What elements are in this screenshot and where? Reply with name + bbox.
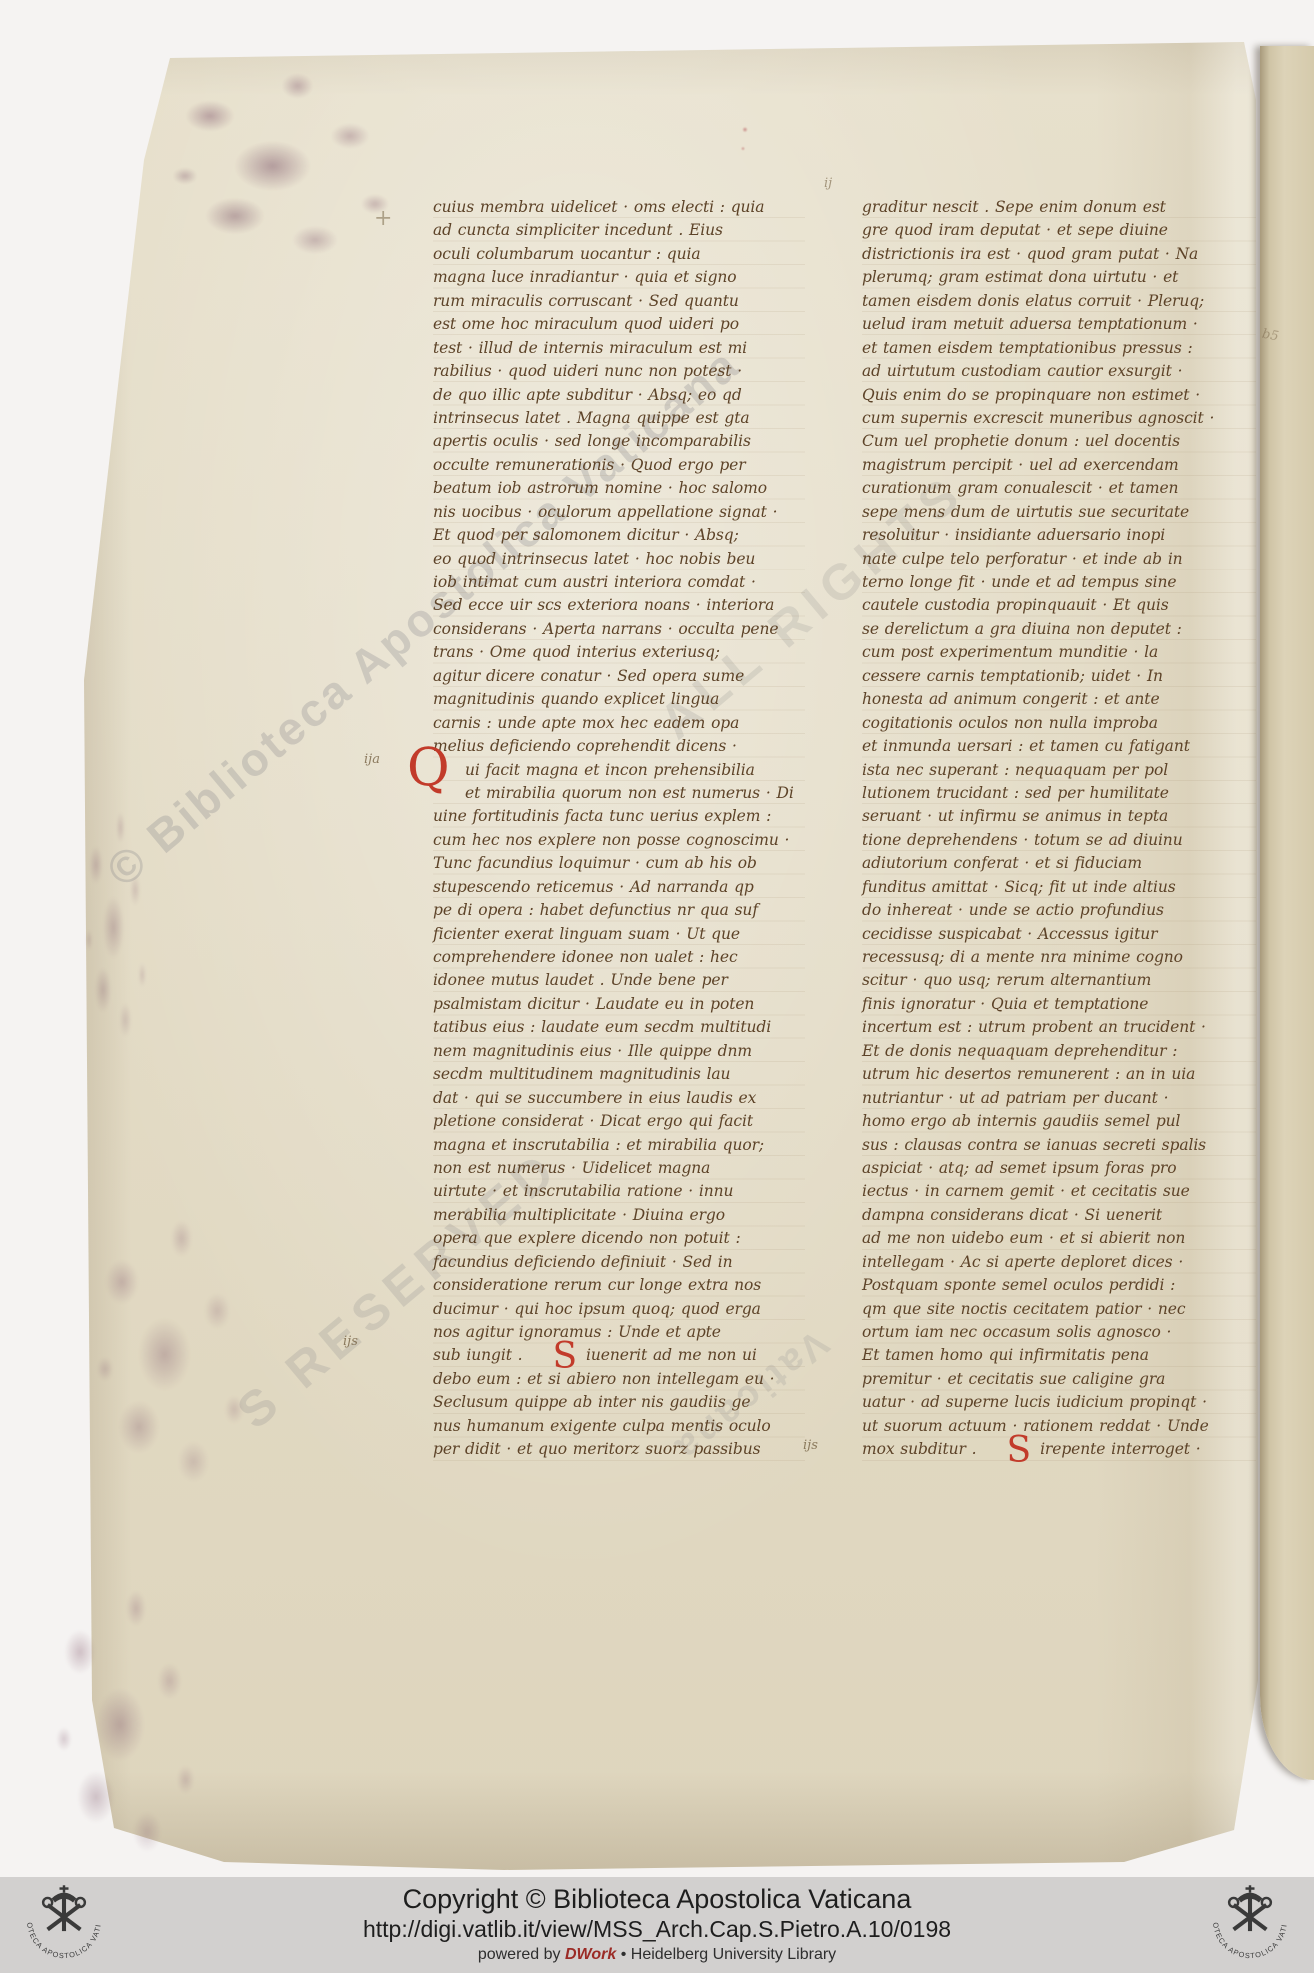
manuscript-line: tatibus eius : laudate eum secdm multitu…	[433, 1016, 805, 1039]
text-column-right: graditur nescit . Sepe enim donum estgre…	[862, 196, 1256, 1462]
manuscript-line: mox subditur .Sirepente interroget ·	[862, 1438, 1256, 1461]
manuscript-line: uirtute · et inscrutabilia ratione · inn…	[433, 1180, 805, 1203]
manuscript-line: idonee mutus laudet . Unde bene per	[433, 969, 805, 992]
parchment-stain	[88, 1195, 258, 1485]
source-url: http://digi.vatlib.it/view/MSS_Arch.Cap.…	[363, 1916, 951, 1943]
manuscript-line: facundius deficiendo definiuit · Sed in	[433, 1251, 805, 1274]
manuscript-line: gre quod iram deputat · et sepe diuine	[862, 219, 1256, 242]
red-initial: S	[1007, 1441, 1032, 1461]
margin-mark: b5	[1261, 327, 1280, 345]
manuscript-line: ut suorum actuum · rationem reddat · Und…	[862, 1415, 1256, 1438]
emblem-pole	[1248, 1893, 1252, 1931]
manuscript-line: cessere carnis temptationib; uidet · In	[862, 665, 1256, 688]
manuscript-line: nutriantur · ut ad patriam per ducant ·	[862, 1087, 1256, 1110]
parchment-stain	[82, 790, 152, 1040]
copyright-text: Copyright © Biblioteca Apostolica Vatica…	[403, 1884, 912, 1915]
manuscript-line: Sed ecce uir scs exteriora noans · inter…	[433, 594, 805, 617]
powered-by-suffix: Heidelberg University Library	[631, 1946, 836, 1963]
manuscript-line: premitur · et cecitatis sue caligine gra	[862, 1368, 1256, 1391]
manuscript-line: cum hec nos explere non posse cognoscimu…	[433, 829, 805, 852]
manuscript-line: et inmunda uersari : et tamen cu fatigan…	[862, 735, 1256, 758]
manuscript-line: apertis oculis · sed longe incomparabili…	[433, 430, 805, 453]
manuscript-line: magistrum percipit · uel ad exercendam	[862, 454, 1256, 477]
manuscript-line: plerumq; gram estimat dona uirtutu · et	[862, 266, 1256, 289]
manuscript-line: tamen eisdem donis elatus corruit · Pler…	[862, 290, 1256, 313]
manuscript-line: graditur nescit . Sepe enim donum est	[862, 196, 1256, 219]
manuscript-line: trans · Ome quod interius exteriusq;	[433, 641, 805, 664]
manuscript-line: ui facit magna et incon prehensibilia	[433, 759, 805, 782]
manuscript-line: opera que explere dicendo non potuit :	[433, 1227, 805, 1250]
manuscript-line: sub iungit .Siuenerit ad me non ui	[433, 1344, 805, 1367]
manuscript-line: honesta ad animum congerit : et ante	[862, 688, 1256, 711]
manuscript-line: ortum iam nec occasum solis agnosco ·	[862, 1321, 1256, 1344]
margin-mark: ijs	[803, 1438, 818, 1453]
manuscript-line: et mirabilia quorum non est numerus · Di	[433, 782, 805, 805]
parchment-stain	[48, 1565, 208, 1855]
manuscript-line: pe di opera : habet defunctius nr qua su…	[433, 899, 805, 922]
next-folio-edge	[1260, 46, 1314, 1780]
manuscript-line: ista nec superant : nequaquam per pol	[862, 759, 1256, 782]
manuscript-line: homo ergo ab internis gaudiis semel pul	[862, 1110, 1256, 1133]
manuscript-line: Postquam sponte semel oculos perdidi :	[862, 1274, 1256, 1297]
manuscript-line: melius deficiendo coprehendit dicens ·	[433, 735, 805, 758]
manuscript-line: finis ignoratur · Quia et temptatione	[862, 993, 1256, 1016]
vatican-library-emblem: BIBLIOTECA APOSTOLICA VATICANA	[12, 1882, 116, 1972]
manuscript-line: cogitationis oculos non nulla improba	[862, 712, 1256, 735]
manuscript-line: de quo illic apte subditur · Absq; eo qd	[433, 384, 805, 407]
copyright-footer: Copyright © Biblioteca Apostolica Vatica…	[0, 1877, 1314, 1973]
manuscript-line: iectus · in carnem gemit · et cecitatis …	[862, 1180, 1256, 1203]
manuscript-line: iob intimat cum austri interiora comdat …	[433, 571, 805, 594]
manuscript-line: ad uirtutum custodiam cautior exsurgit ·	[862, 360, 1256, 383]
manuscript-line: nos agitur ignoramus : Unde et apte	[433, 1321, 805, 1344]
manuscript-line: aspiciat · atq; ad semet ipsum foras pro	[862, 1157, 1256, 1180]
manuscript-line: uatur · ad superne lucis iudicium propin…	[862, 1391, 1256, 1414]
manuscript-line: Cum uel prophetie donum : uel docentis	[862, 430, 1256, 453]
parchment-stain	[160, 56, 410, 256]
manuscript-line: seruant · ut infirmu se animus in tepta	[862, 805, 1256, 828]
powered-by-separator: •	[621, 1946, 627, 1963]
manuscript-line: oculi columbarum uocantur : quia	[433, 243, 805, 266]
manuscript-line: merabilia multiplicitate · Diuina ergo	[433, 1204, 805, 1227]
manuscript-line: cum post experimentum munditie · la	[862, 641, 1256, 664]
manuscript-line: non est numerus · Uidelicet magna	[433, 1157, 805, 1180]
manuscript-line: cuius membra uidelicet · oms electi : qu…	[433, 196, 805, 219]
manuscript-line: beatum iob astrorum nomine · hoc salomo	[433, 477, 805, 500]
manuscript-line: Et tamen homo qui infirmitatis pena	[862, 1344, 1256, 1367]
manuscript-line: lutionem trucidant : sed per humilitate	[862, 782, 1256, 805]
manuscript-line: nus humanum exigente culpa mentis oculo	[433, 1415, 805, 1438]
manuscript-line: terno longe fit · unde et ad tempus sine	[862, 571, 1256, 594]
manuscript-line: curationum gram conualescit · et tamen	[862, 477, 1256, 500]
margin-cross-mark: +	[374, 206, 392, 231]
manuscript-line: districtionis ira est · quod gram putat …	[862, 243, 1256, 266]
text-column-left: cuius membra uidelicet · oms electi : qu…	[433, 196, 805, 1462]
manuscript-line: adiutorium conferat · et si fiduciam	[862, 852, 1256, 875]
manuscript-line: pletione considerat · Dicat ergo qui fac…	[433, 1110, 805, 1133]
manuscript-line: Tunc facundius loquimur · cum ab his ob	[433, 852, 805, 875]
manuscript-line: stupescendo reticemus · Ad narranda qp	[433, 876, 805, 899]
margin-mark: ija	[364, 752, 380, 767]
manuscript-line: ducimur · qui hoc ipsum quoq; quod erga	[433, 1298, 805, 1321]
red-initial: S	[552, 1347, 577, 1367]
manuscript-line: cautele custodia propinquauit · Et quis	[862, 594, 1256, 617]
quire-mark: ij	[824, 176, 832, 191]
line-text: iuenerit ad me non ui	[586, 1346, 757, 1364]
manuscript-line: uine fortitudinis facta tunc uerius expl…	[433, 805, 805, 828]
manuscript-line: se derelictum a gra diuina non deputet :	[862, 618, 1256, 641]
manuscript-line: ficienter exerat linguam suam · Ut que	[433, 923, 805, 946]
manuscript-line: funditus amittat · Sicq; fit ut inde alt…	[862, 876, 1256, 899]
manuscript-line: resoluitur · insidiante aduersario inopi	[862, 524, 1256, 547]
digitized-manuscript-view: © Biblioteca Apostolica Vaticana S RESER…	[0, 0, 1314, 1973]
manuscript-line: intrinsecus latet . Magna quippe est gta	[433, 407, 805, 430]
manuscript-line: intellegam · Ac si aperte deploret dices…	[862, 1251, 1256, 1274]
powered-by-line: powered by DWork • Heidelberg University…	[478, 1946, 836, 1964]
manuscript-line: Quis enim do se propinquare non estimet …	[862, 384, 1256, 407]
manuscript-line: qm que site noctis cecitatem patior · ne…	[862, 1298, 1256, 1321]
margin-mark: ijs	[343, 1334, 358, 1349]
red-ink-speck	[735, 122, 755, 160]
manuscript-line: sepe mens dum de uirtutis sue securitate	[862, 501, 1256, 524]
manuscript-line: incertum est : utrum probent an truciden…	[862, 1016, 1256, 1039]
manuscript-line: consideratione rerum cur longe extra nos	[433, 1274, 805, 1297]
manuscript-line: est ome hoc miraculum quod uideri po	[433, 313, 805, 336]
line-text: sub iungit .	[433, 1346, 522, 1364]
manuscript-line: cum supernis excrescit muneribus agnosci…	[862, 407, 1256, 430]
manuscript-line: agitur dicere conatur · Sed opera sume	[433, 665, 805, 688]
manuscript-line: considerans · Aperta narrans · occulta p…	[433, 618, 805, 641]
line-text: irepente interroget ·	[1040, 1440, 1201, 1458]
dwork-brand: DWork	[565, 1946, 616, 1963]
powered-by-prefix: powered by	[478, 1946, 561, 1963]
manuscript-line: eo quod intrinsecus latet · hoc nobis be…	[433, 548, 805, 571]
manuscript-line: nem magnitudinis eius · Ille quippe dnm	[433, 1040, 805, 1063]
manuscript-line: tione deprehendens · totum se ad diuinu	[862, 829, 1256, 852]
manuscript-line: rabilius · quod uideri nunc non potest ·	[433, 360, 805, 383]
manuscript-line: nate culpe telo perforatur · et inde ab …	[862, 548, 1256, 571]
manuscript-line: Seclusum quippe ab inter nis gaudiis ge	[433, 1391, 805, 1414]
manuscript-line: magna luce inradiantur · quia et signo	[433, 266, 805, 289]
manuscript-line: carnis : unde apte mox hec eadem opa	[433, 712, 805, 735]
manuscript-line: dat · qui se succumbere in eius laudis e…	[433, 1087, 805, 1110]
red-drop-cap: Q	[407, 742, 463, 800]
manuscript-line: scitur · quo usq; rerum alternantium	[862, 969, 1256, 992]
manuscript-line: dampna considerans dicat · Si uenerit	[862, 1204, 1256, 1227]
manuscript-line: utrum hic desertos remunerent : an in ui…	[862, 1063, 1256, 1086]
manuscript-line: per didit · et quo meritorz suorz passib…	[433, 1438, 805, 1461]
manuscript-line: ad me non uidebo eum · et si abierit non	[862, 1227, 1256, 1250]
manuscript-line: Et de donis nequaquam deprehenditur :	[862, 1040, 1256, 1063]
manuscript-line: rum miraculis corruscant · Sed quantu	[433, 290, 805, 313]
manuscript-line: recessusq; di a mente nra minime cogno	[862, 946, 1256, 969]
manuscript-line: debo eum : et si abiero non intellegam e…	[433, 1368, 805, 1391]
manuscript-line: Et quod per salomonem dicitur · Absq;	[433, 524, 805, 547]
manuscript-line: magna et inscrutabilia : et mirabilia qu…	[433, 1134, 805, 1157]
manuscript-line: nis uocibus · oculorum appellatione sign…	[433, 501, 805, 524]
manuscript-line: uelud iram metuit aduersa temptationum ·	[862, 313, 1256, 336]
vatican-library-emblem: BIBLIOTECA APOSTOLICA VATICANA	[1198, 1882, 1302, 1972]
manuscript-line: psalmistam dicitur · Laudate eu in poten	[433, 993, 805, 1016]
manuscript-line: test · illud de internis miraculum est m…	[433, 337, 805, 360]
manuscript-line: ad cuncta simpliciter incedunt . Eius	[433, 219, 805, 242]
manuscript-line: magnitudinis quando explicet lingua	[433, 688, 805, 711]
manuscript-line: et tamen eisdem temptationibus pressus :	[862, 337, 1256, 360]
manuscript-line: cecidisse suspicabat · Accessus igitur	[862, 923, 1256, 946]
manuscript-line: do inhereat · unde se actio profundius	[862, 899, 1256, 922]
emblem-pole	[62, 1893, 66, 1931]
manuscript-line: sus : clausas contra se ianuas secreti s…	[862, 1134, 1256, 1157]
manuscript-line: occulte remunerationis · Quod ergo per	[433, 454, 805, 477]
manuscript-line: secdm multitudinem magnitudinis lau	[433, 1063, 805, 1086]
line-text: mox subditur .	[862, 1440, 977, 1458]
manuscript-line: comprehendere idonee non ualet : hec	[433, 946, 805, 969]
